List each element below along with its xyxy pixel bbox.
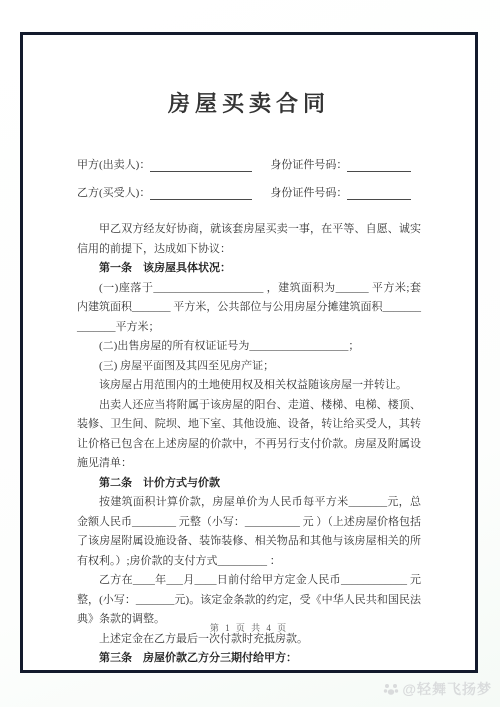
seller-id-label: 身份证件号码：	[270, 156, 347, 172]
seller-id-blank	[347, 159, 411, 172]
contract-paragraph: 第二条 计价方式与价款	[77, 474, 421, 494]
contract-paragraph: 第三条 房屋价款乙方分三期付给甲方：	[77, 649, 421, 669]
contract-paragraph: 该房屋占用范围内的土地使用权及相关权益随该房屋一并转让。	[77, 376, 421, 396]
contract-paragraph: 第一条 该房屋具体状况：	[77, 259, 421, 279]
contract-paragraph: (一)座落于____________________ ，建筑面积为______ …	[77, 279, 421, 338]
contract-page-frame: 房屋买卖合同 甲方(出卖人)： 身份证件号码： 乙方(买受人)： 身份证件号码：…	[20, 32, 478, 673]
page-number-footer: 第 1 页 共 4 页	[23, 621, 475, 634]
contract-body: 甲乙双方经友好协商，就该套房屋买卖一事，在平等、自愿、诚实信用的前提下，达成如下…	[23, 220, 475, 673]
watermark-text: @轻舞飞扬梦	[402, 679, 492, 699]
party-row-seller: 甲方(出卖人)： 身份证件号码：	[77, 156, 421, 172]
paw-icon	[383, 681, 399, 697]
page-title: 房屋买卖合同	[23, 87, 475, 118]
parties-section: 甲方(出卖人)： 身份证件号码： 乙方(买受人)： 身份证件号码：	[23, 156, 475, 200]
contract-paragraph: 甲乙双方经友好协商，就该套房屋买卖一事，在平等、自愿、诚实信用的前提下，达成如下…	[77, 220, 421, 259]
contract-paragraph: 出卖人还应当将附属于该房屋的阳台、走道、楼梯、电梯、楼顶、装修、卫生间、院坝、地…	[77, 396, 421, 474]
buyer-id-blank	[347, 187, 411, 200]
contract-paragraph: 按建筑面积计算价款，房屋单价为人民币每平方米_______元，总金额人民币___…	[77, 493, 421, 571]
party-row-buyer: 乙方(买受人)： 身份证件号码：	[77, 184, 421, 200]
screenshot-root: { "page": { "title": "房屋买卖合同", "footer":…	[0, 0, 500, 707]
buyer-id-label: 身份证件号码：	[270, 184, 347, 200]
watermark: @轻舞飞扬梦	[383, 679, 492, 699]
seller-name-blank	[150, 159, 252, 172]
buyer-name-blank	[150, 187, 252, 200]
contract-paragraph: 第一期：在本合同生效之日，付人民币__________元整，（小写：______…	[77, 669, 421, 674]
contract-paragraph: (三) 房屋平面图及其四至见房产证；	[77, 357, 421, 377]
buyer-role-label: 乙方(买受人)：	[77, 184, 150, 200]
contract-paragraph: (二)出售房屋的所有权证证号为__________________；	[77, 337, 421, 357]
seller-role-label: 甲方(出卖人)：	[77, 156, 150, 172]
